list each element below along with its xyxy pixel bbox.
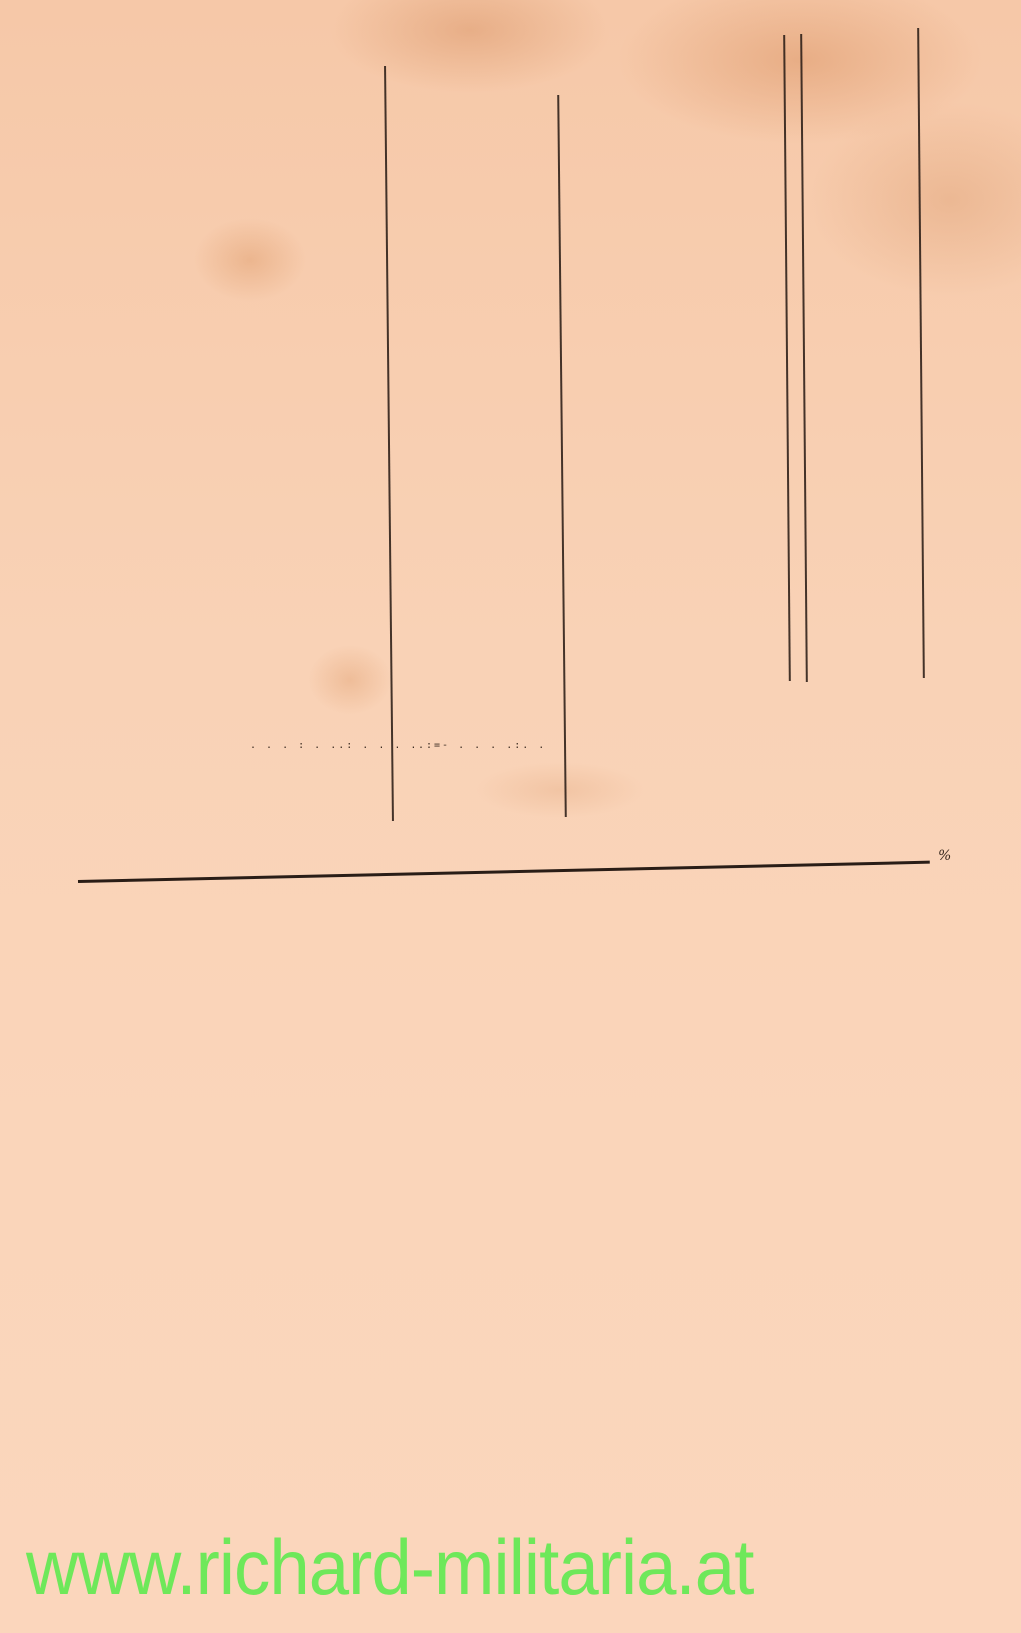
divider-line-middle [557, 95, 567, 817]
corner-mark: % [938, 848, 951, 864]
postcard-back: . . . : . ..: . . . . .:=- . . . .:. . %… [0, 0, 1021, 1633]
stamp-box-line-1 [783, 35, 791, 681]
stamp-box-line-2 [800, 34, 808, 682]
faded-text-left: . . . : . ..: . . . . [250, 740, 418, 751]
divider-line-left [384, 66, 394, 821]
stamp-box-line-3 [917, 28, 925, 678]
horizontal-divider-line [78, 861, 930, 883]
faded-text-right: .:=- . . . .:. . [418, 740, 546, 751]
watermark-url: www.richard-militaria.at [26, 1528, 753, 1606]
